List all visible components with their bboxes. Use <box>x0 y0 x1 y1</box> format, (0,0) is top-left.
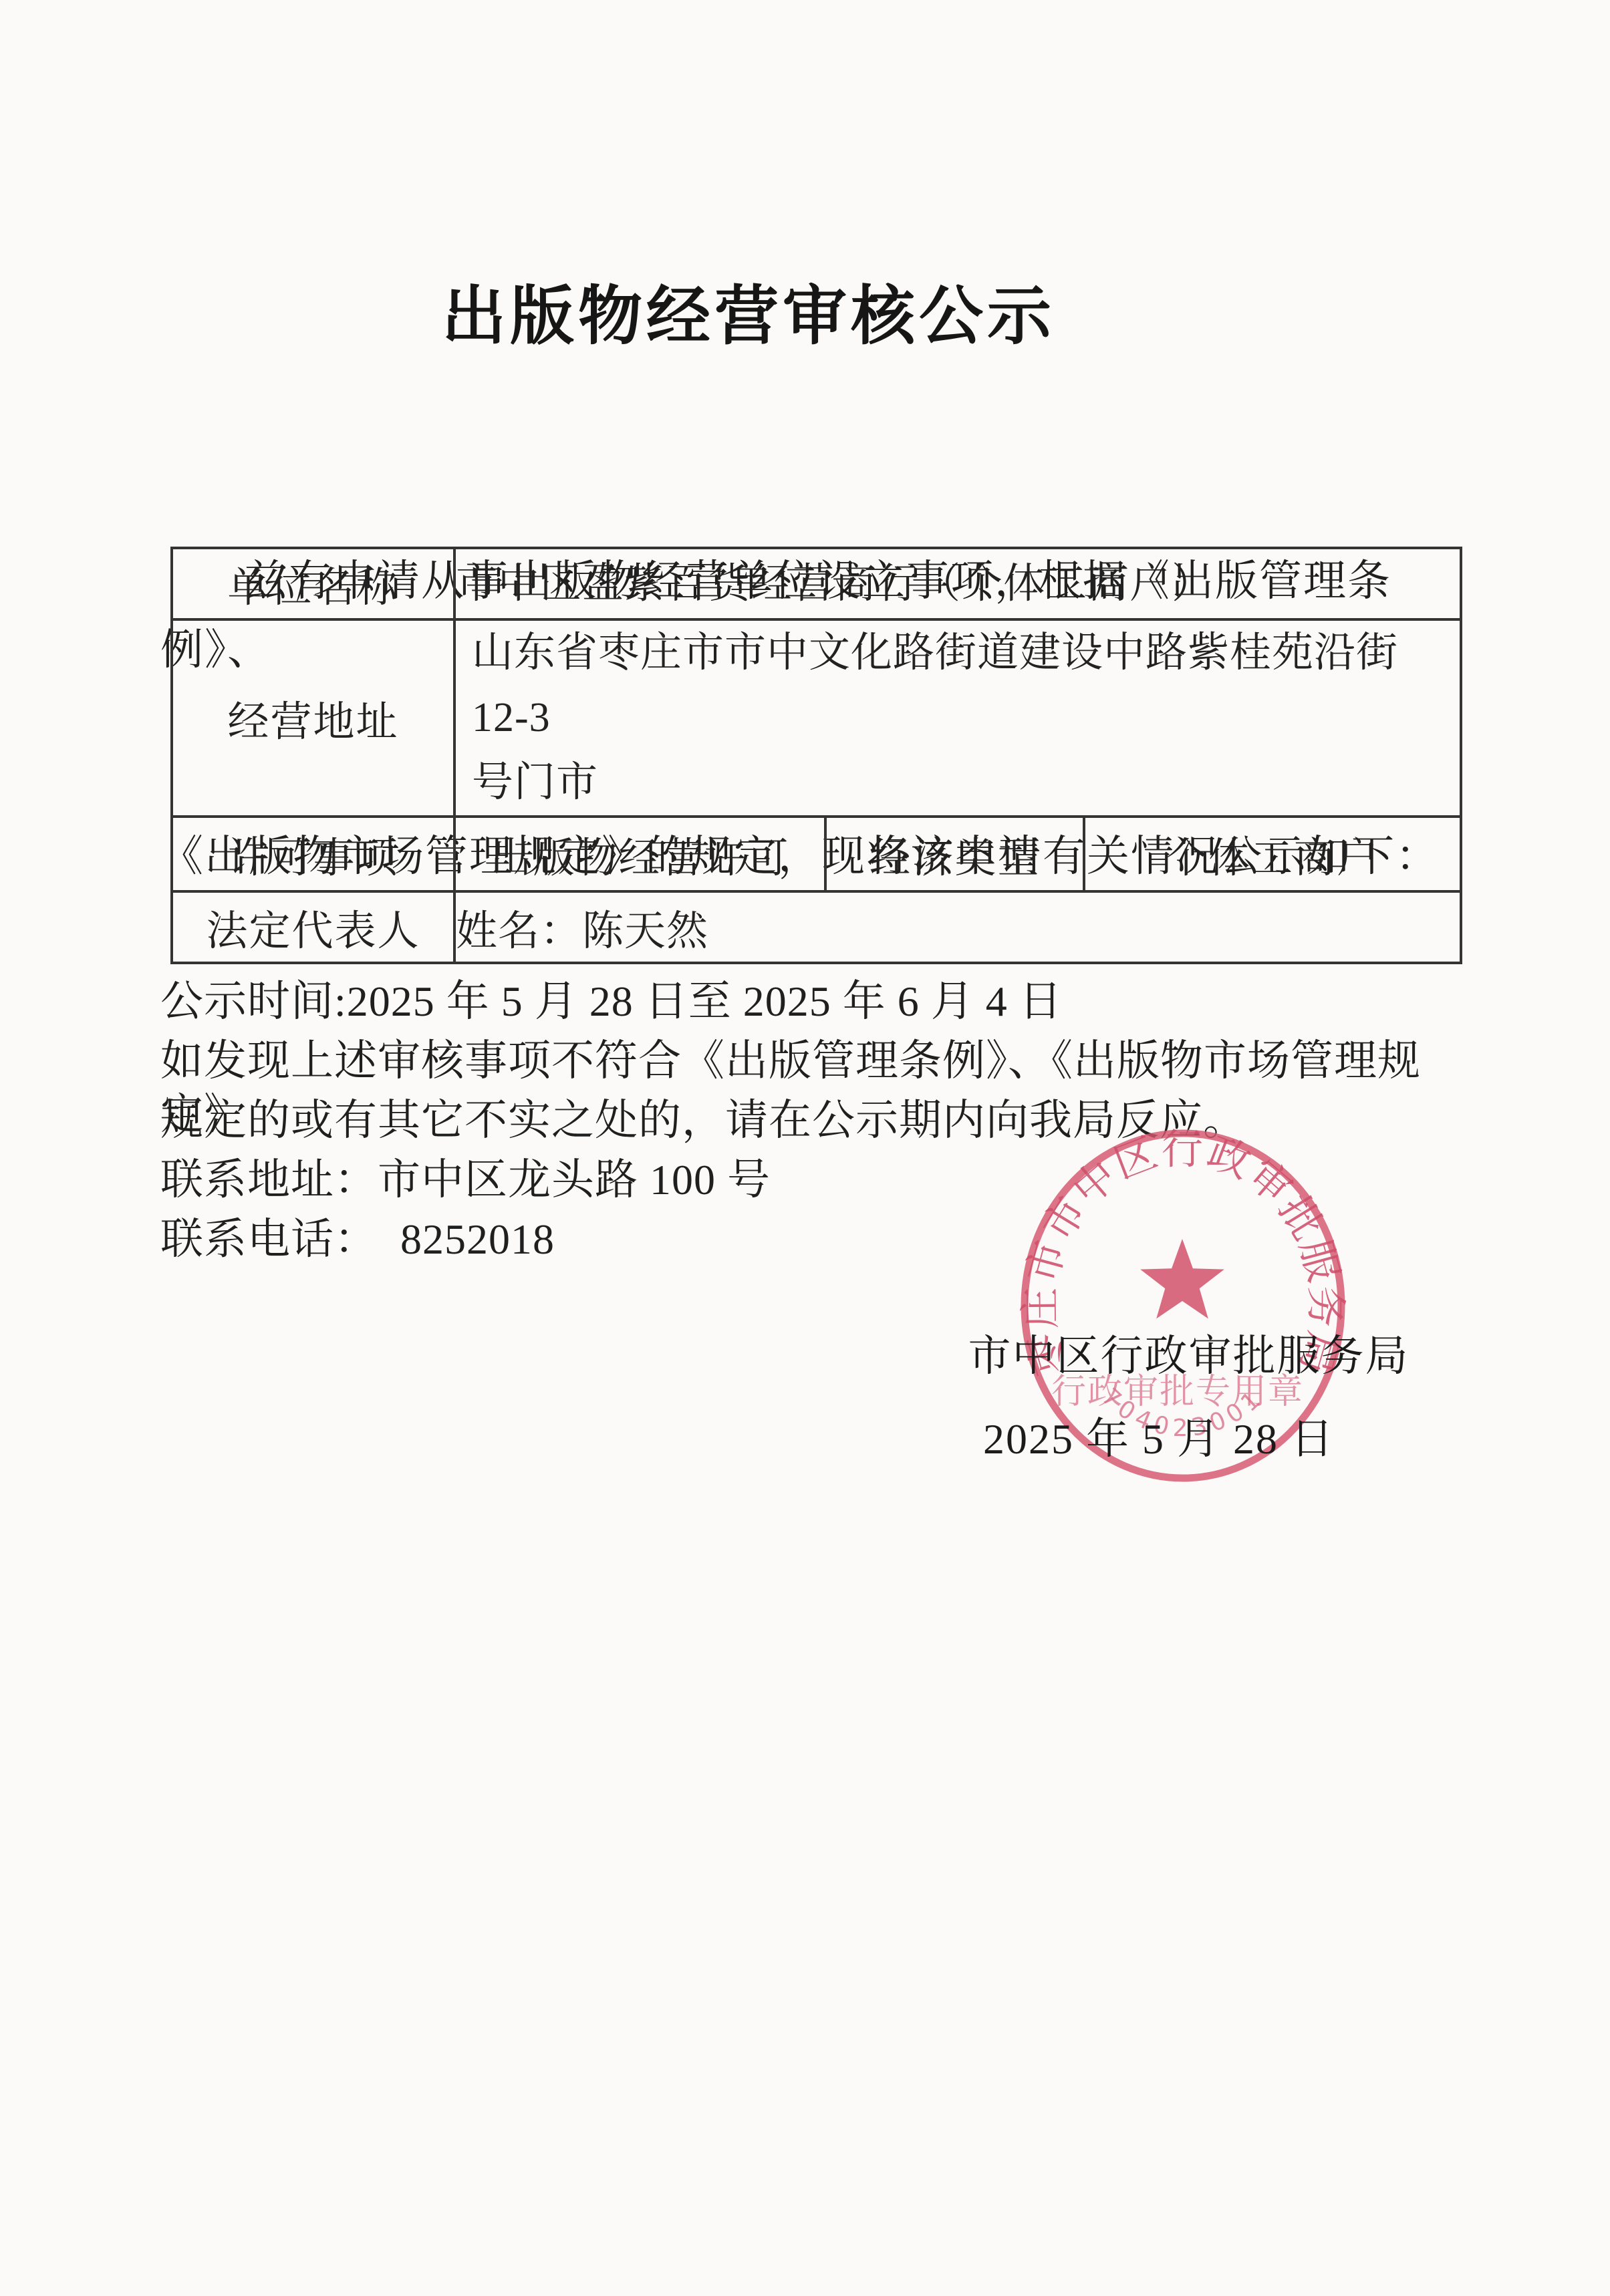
page-title: 出版物经营审核公示 <box>100 279 1397 353</box>
unit-name-value: 市中区盈紫百货经营商行（个体工商户） <box>454 548 1461 619</box>
table-row: 许可事项 出版物经营许可 经济类型 个体工商户 <box>172 817 1461 891</box>
address-value: 山东省枣庄市市中文化路街道建设中路紫桂苑沿街 12-3 号门市 <box>454 619 1461 817</box>
address-line-1: 山东省枣庄市市中文化路街道建设中路紫桂苑沿街 12-3 <box>456 621 1460 750</box>
notice-period: 公示时间:2025 年 5 月 28 日至 2025 年 6 月 4 日 <box>160 975 1470 1034</box>
table-row: 法定代表人 姓名：陈天然 <box>172 891 1461 963</box>
notice-feedback-line-1: 如发现上述审核事项不符合《出版管理条例》、《出版物市场管理规定》 <box>160 1034 1470 1094</box>
economic-type-value: 个体工商户 <box>1084 817 1461 891</box>
signature-organization: 市中区行政审批服务局 <box>962 1322 1415 1383</box>
license-item-label: 许可事项 <box>172 817 454 891</box>
table-row: 单位名称 市中区盈紫百货经营商行（个体工商户） <box>172 548 1461 619</box>
info-table: 单位名称 市中区盈紫百货经营商行（个体工商户） 经营地址 山东省枣庄市市中文化路… <box>170 547 1462 964</box>
signature-date: 2025 年 5 月 28 日 <box>958 1405 1359 1466</box>
legal-rep-label: 法定代表人 <box>172 891 454 963</box>
economic-type-label: 经济类型 <box>825 817 1084 891</box>
address-label: 经营地址 <box>172 619 454 817</box>
document-page: 出版物经营审核公示 兹有申请从事出版物经营单位设立事项，根据《出版管理条例》、 … <box>0 0 1610 2296</box>
unit-name-label: 单位名称 <box>172 548 454 619</box>
stamp-star-icon <box>1140 1239 1224 1318</box>
license-item-value: 出版物经营许可 <box>454 817 825 891</box>
table-row: 经营地址 山东省枣庄市市中文化路街道建设中路紫桂苑沿街 12-3 号门市 <box>172 619 1461 817</box>
legal-rep-value: 姓名：陈天然 <box>454 891 1461 963</box>
address-line-2: 号门市 <box>456 750 1460 815</box>
